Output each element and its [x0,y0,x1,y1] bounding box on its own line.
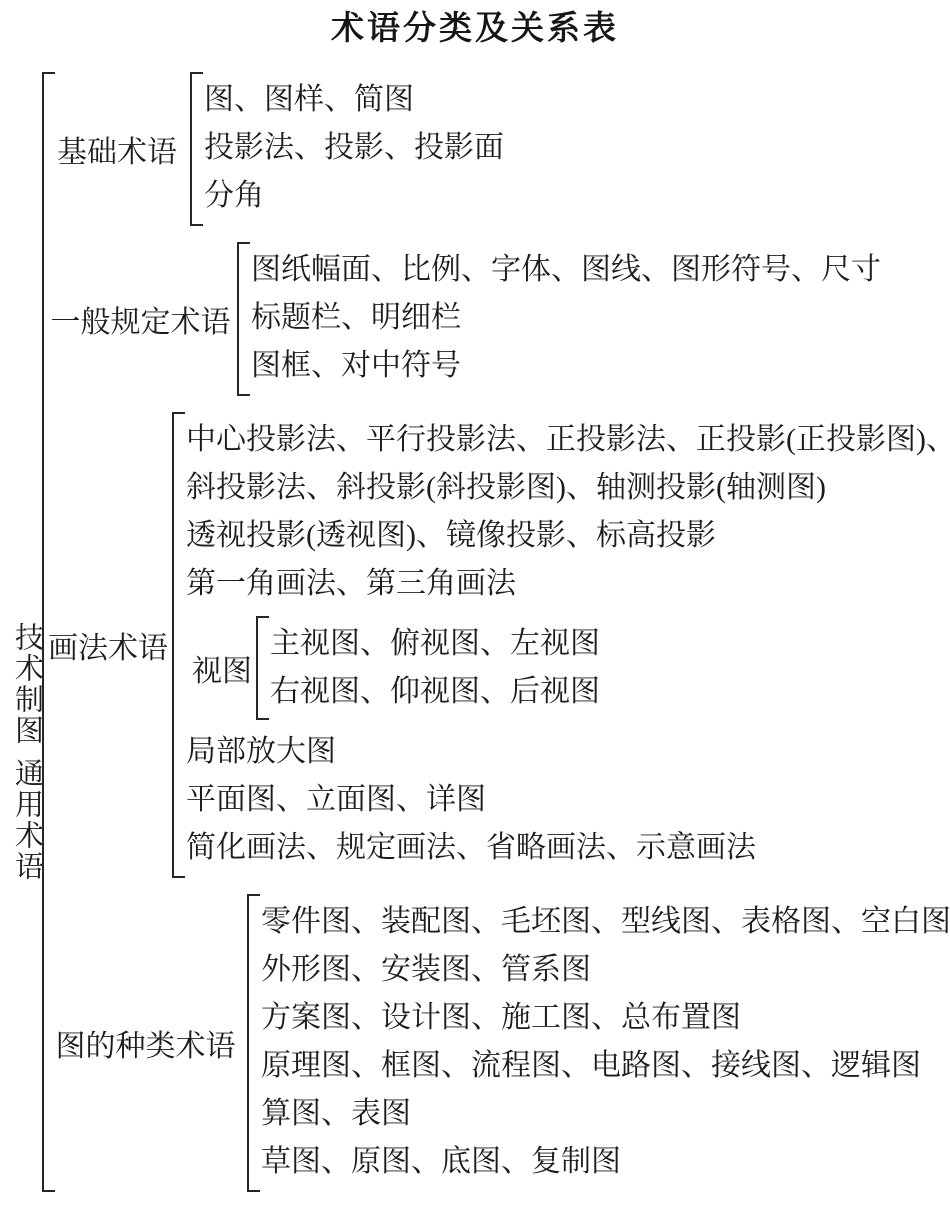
term-line: 算图、表图 [261,1090,950,1138]
section-bracket-group: 图、图样、简图 投影法、投影、投影面 分角 [190,72,504,226]
section-drawing-method-terms: 画法术语 中心投影法、平行投影法、正投影法、正投影(正投影图)、 斜投影法、斜投… [44,412,950,878]
term-line: 斜投影法、斜投影(斜投影图)、轴测投影(轴测图) [186,464,950,512]
term-line: 简化画法、规定画法、省略画法、示意画法 [186,824,950,872]
term-line: 分角 [204,172,504,220]
term-line: 图纸幅面、比例、字体、图线、图形符号、尺寸 [251,246,881,294]
section-label: 基础术语 [44,127,190,171]
term-line: 局部放大图 [186,728,950,776]
section-basic-terms: 基础术语 图、图样、简图 投影法、投影、投影面 分角 [44,72,950,226]
term-line: 透视投影(透视图)、镜像投影、标高投影 [186,512,950,560]
section-label: 画法术语 [44,623,172,667]
term-line: 第一角画法、第三角画法 [186,560,950,608]
term-line: 中心投影法、平行投影法、正投影法、正投影(正投影图)、 [186,416,950,464]
term-line: 外形图、安装图、管系图 [261,946,950,994]
term-line: 平面图、立面图、详图 [186,776,950,824]
section-bracket-group: 中心投影法、平行投影法、正投影法、正投影(正投影图)、 斜投影法、斜投影(斜投影… [172,412,950,878]
section-label: 图的种类术语 [44,1021,247,1065]
views-subgroup: 视图 主视图、俯视图、左视图 右视图、仰视图、后视图 [186,616,950,720]
section-bracket-group: 图纸幅面、比例、字体、图线、图形符号、尺寸 标题栏、明细栏 图框、对中符号 [237,242,881,396]
term-line: 图、图样、简图 [204,76,504,124]
page: 术语分类及关系表 技术制图 通用术语 基础术语 图、图样、简图 投影法、投影、投… [0,0,950,1210]
term-line: 投影法、投影、投影面 [204,124,504,172]
section-general-rules-terms: 一般规定术语 图纸幅面、比例、字体、图线、图形符号、尺寸 标题栏、明细栏 图框、… [44,242,950,396]
views-subgroup-label: 视图 [186,646,256,690]
section-label: 一般规定术语 [44,297,237,341]
term-line: 主视图、俯视图、左视图 [270,620,600,668]
diagram-title: 术语分类及关系表 [0,0,950,48]
term-line: 标题栏、明细栏 [251,294,881,342]
views-subgroup-bracket-group: 主视图、俯视图、左视图 右视图、仰视图、后视图 [256,616,600,720]
term-line: 零件图、装配图、毛坯图、型线图、表格图、空白图 [261,898,950,946]
classification-diagram: 技术制图 通用术语 基础术语 图、图样、简图 投影法、投影、投影面 分角 一般规… [0,72,950,1192]
term-line: 图框、对中符号 [251,342,881,390]
section-bracket-group: 零件图、装配图、毛坯图、型线图、表格图、空白图 外形图、安装图、管系图 方案图、… [247,894,950,1192]
section-drawing-type-terms: 图的种类术语 零件图、装配图、毛坯图、型线图、表格图、空白图 外形图、安装图、管… [44,894,950,1192]
root-bracket-group: 基础术语 图、图样、简图 投影法、投影、投影面 分角 一般规定术语 图纸幅面、比… [42,72,950,1192]
term-line: 方案图、设计图、施工图、总布置图 [261,994,950,1042]
term-line: 原理图、框图、流程图、电路图、接线图、逻辑图 [261,1042,950,1090]
term-line: 右视图、仰视图、后视图 [270,668,600,716]
term-line: 草图、原图、底图、复制图 [261,1138,950,1186]
